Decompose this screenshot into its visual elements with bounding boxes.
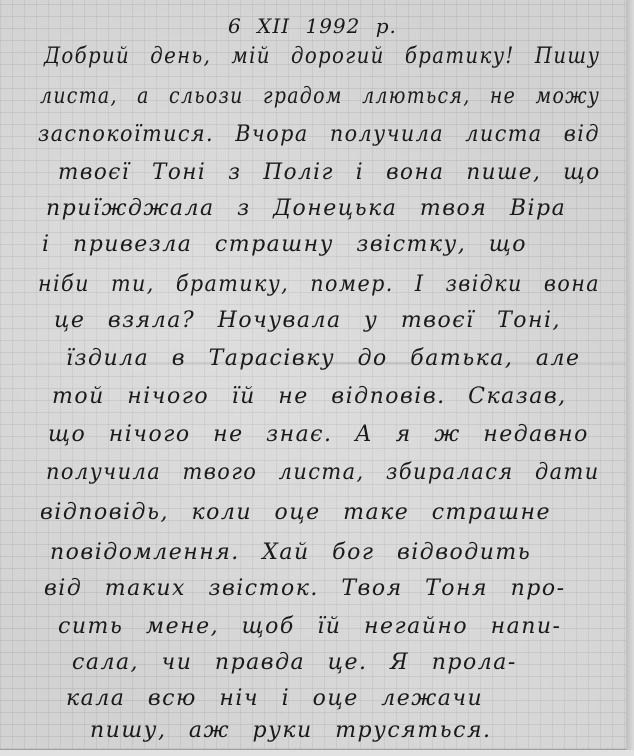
letter-line-14: повідомлення. Хай бог відводить xyxy=(50,540,531,565)
letter-line-3: заспокоїтися. Вчора получила листа від xyxy=(38,122,600,147)
letter-date: 6 XII 1992 р. xyxy=(228,14,397,38)
letter-line-2: листа, а сльози градом ллються, не можу xyxy=(40,84,600,109)
paper-edge-right xyxy=(626,0,634,756)
letter-line-9: їздила в Тарасівку до батька, але xyxy=(66,346,581,371)
letter-line-19: пишу, аж руки трусяться. xyxy=(90,718,492,743)
letter-page: 6 XII 1992 р. Добрий день, мій дорогий б… xyxy=(0,0,627,750)
letter-line-16: сить мене, щоб їй негайно напи- xyxy=(58,614,562,639)
letter-line-4: твоєї Тоні з Поліг і вона пише, що xyxy=(58,160,601,185)
letter-line-15: від таких звісток. Твоя Тоня про- xyxy=(44,576,566,601)
letter-line-7: ніби ти, братику, помер. І звідки вона xyxy=(38,272,600,297)
letter-line-1: Добрий день, мій дорогий братику! Пишу xyxy=(44,44,555,69)
letter-line-8: це взяла? Ночувала у твоєї Тоні, xyxy=(54,308,561,333)
letter-line-13: відповідь, коли оце таке страшне xyxy=(40,500,551,525)
letter-line-6: і привезла страшну звістку, що xyxy=(42,232,527,257)
letter-line-5: приїжджала з Донецька твоя Віра xyxy=(46,196,566,221)
letter-line-18: кала всю ніч і оце лежачи xyxy=(66,686,483,711)
paper-edge-bottom xyxy=(0,750,634,756)
letter-line-12: получила твого листа, збиралася дати xyxy=(46,460,600,485)
letter-line-11: що нічого не знає. А я ж недавно xyxy=(48,422,589,447)
letter-line-10: той нічого їй не відповів. Сказав, xyxy=(52,384,567,409)
letter-line-17: сала, чи правда це. Я прола- xyxy=(72,650,517,675)
